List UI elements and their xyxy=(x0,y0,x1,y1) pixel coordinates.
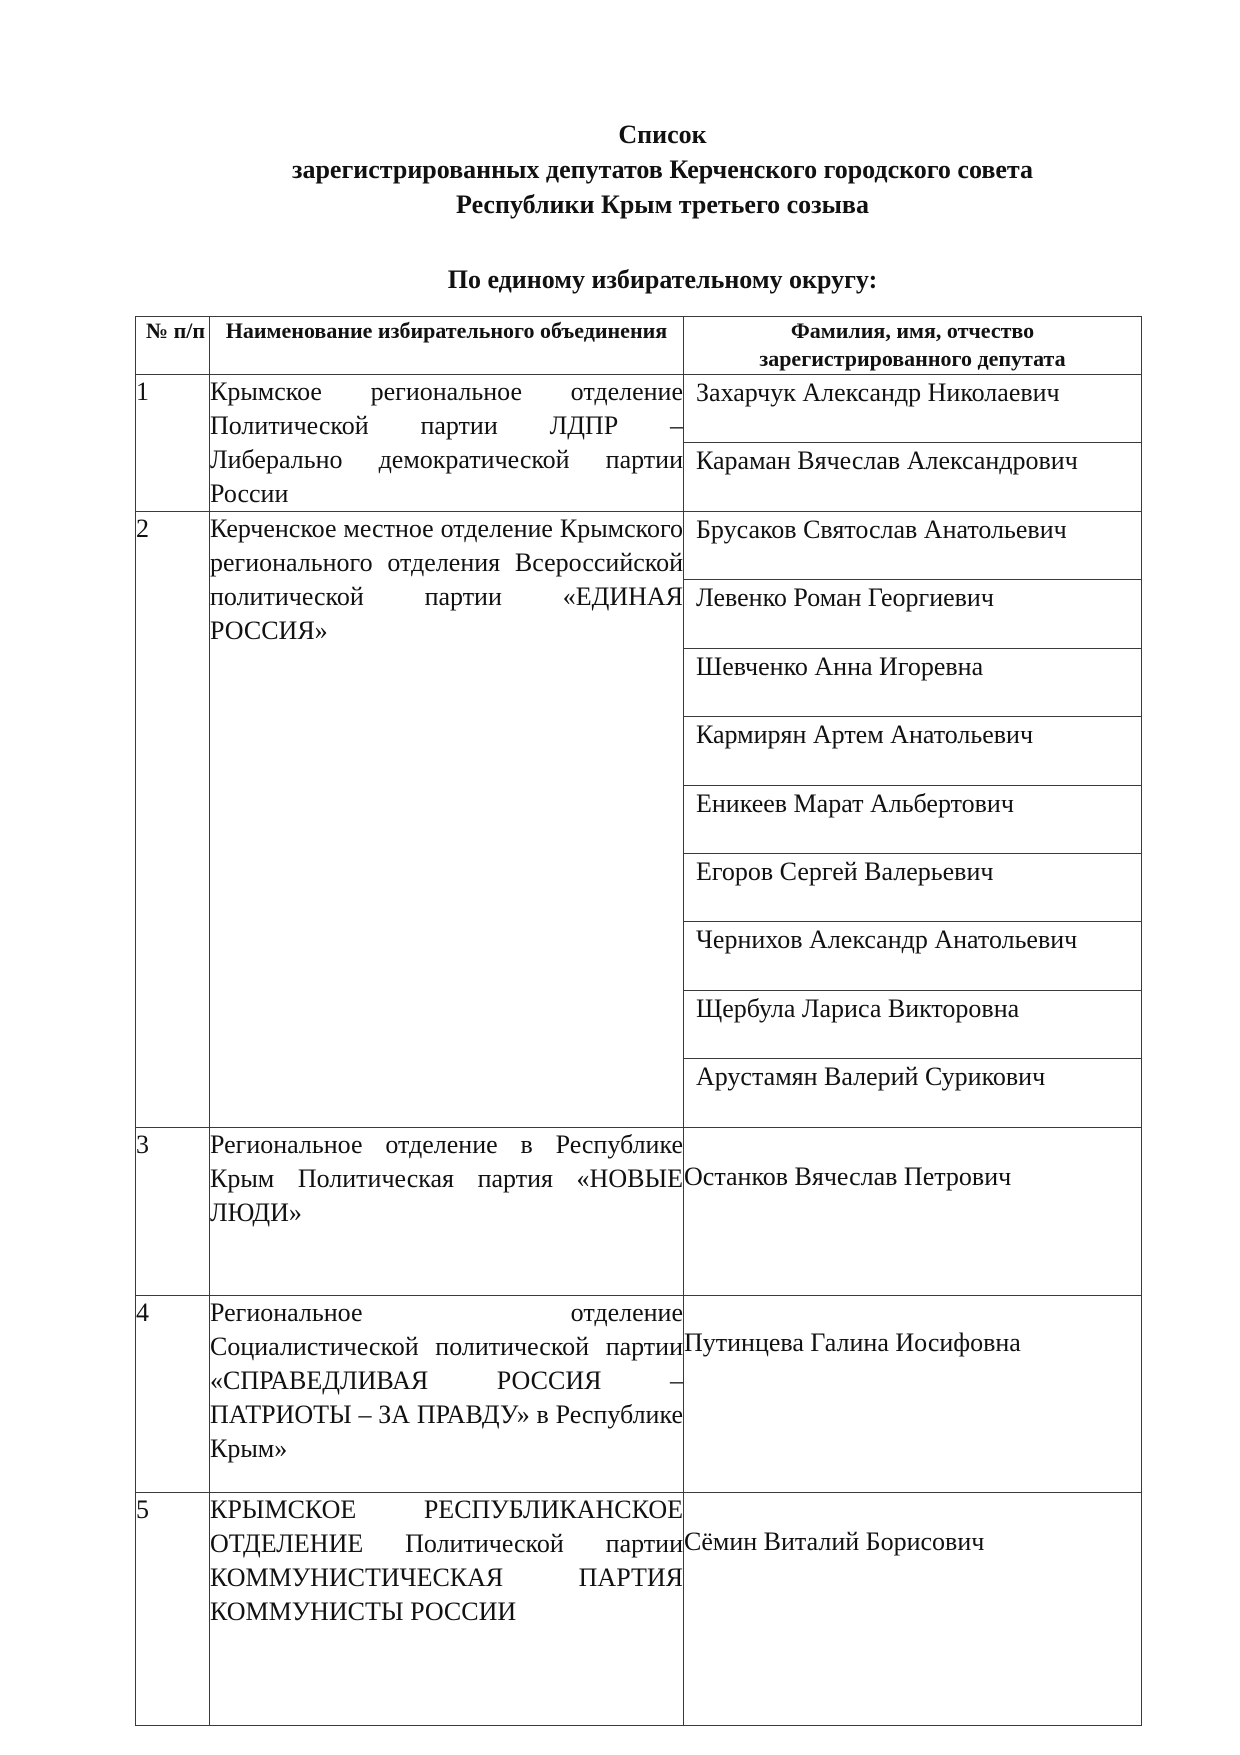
party-name: Региональное отделение в Республике Крым… xyxy=(210,1127,684,1295)
table-row: 5 КРЫМСКОЕ РЕСПУБЛИКАНСКОЕ ОТДЕЛЕНИЕ Пол… xyxy=(136,1492,1142,1725)
deputy-name: Брусаков Святослав Анатольевич xyxy=(684,512,1141,580)
deputy-name: Путинцева Галина Иосифовна xyxy=(684,1295,1142,1492)
deputy-name: Щербула Лариса Викторовна xyxy=(684,991,1141,1059)
title-line: Список xyxy=(0,117,1240,152)
deputy-name: Останков Вячеслав Петрович xyxy=(684,1127,1142,1295)
row-number: 1 xyxy=(136,375,210,512)
section-subtitle: По единому избирательному округу: xyxy=(0,262,1240,297)
column-header-number: № п/п xyxy=(136,317,210,375)
deputy-name: Чернихов Александр Анатольевич xyxy=(684,922,1141,990)
row-number: 4 xyxy=(136,1295,210,1492)
party-name: Керченское местное отделение Крымского р… xyxy=(210,512,684,1128)
deputy-name: Егоров Сергей Валерьевич xyxy=(684,854,1141,922)
table-row: 4 Региональное отделение Социалистическо… xyxy=(136,1295,1142,1492)
deputy-name: Арустамян Валерий Сурикович xyxy=(684,1059,1141,1126)
party-name: КРЫМСКОЕ РЕСПУБЛИКАНСКОЕ ОТДЕЛЕНИЕ Полит… xyxy=(210,1492,684,1725)
party-name: Крымское региональное отделение Политиче… xyxy=(210,375,684,512)
column-header-party: Наименование избирательного объединения xyxy=(210,317,684,375)
deputy-list: Захарчук Александр Николаевич Караман Вя… xyxy=(684,375,1141,511)
deputy-name: Захарчук Александр Николаевич xyxy=(684,375,1141,443)
title-line: зарегистрированных депутатов Керченского… xyxy=(0,152,1240,187)
deputy-name: Сёмин Виталий Борисович xyxy=(684,1492,1142,1725)
party-name: Региональное отделение Социалистической … xyxy=(210,1295,684,1492)
document-title: Список зарегистрированных депутатов Керч… xyxy=(0,117,1240,222)
deputy-name: Шевченко Анна Игоревна xyxy=(684,649,1141,717)
title-line: Республики Крым третьего созыва xyxy=(0,187,1240,222)
deputy-name: Кармирян Артем Анатольевич xyxy=(684,717,1141,785)
column-header-deputy: Фамилия, имя, отчество зарегистрированно… xyxy=(684,317,1142,375)
deputy-name: Караман Вячеслав Александрович xyxy=(684,443,1141,510)
deputies-table: № п/п Наименование избирательного объеди… xyxy=(135,316,1142,1726)
deputy-name: Левенко Роман Георгиевич xyxy=(684,580,1141,648)
deputy-name: Еникеев Марат Альбертович xyxy=(684,786,1141,854)
row-number: 5 xyxy=(136,1492,210,1725)
row-number: 3 xyxy=(136,1127,210,1295)
deputy-list-cell: Брусаков Святослав Анатольевич Левенко Р… xyxy=(684,512,1142,1128)
row-number: 2 xyxy=(136,512,210,1128)
table-row: 1 Крымское региональное отделение Полити… xyxy=(136,375,1142,512)
table-header-row: № п/п Наименование избирательного объеди… xyxy=(136,317,1142,375)
deputy-list-cell: Захарчук Александр Николаевич Караман Вя… xyxy=(684,375,1142,512)
deputy-list: Брусаков Святослав Анатольевич Левенко Р… xyxy=(684,512,1141,1127)
table-row: 3 Региональное отделение в Республике Кр… xyxy=(136,1127,1142,1295)
table-row: 2 Керченское местное отделение Крымского… xyxy=(136,512,1142,1128)
